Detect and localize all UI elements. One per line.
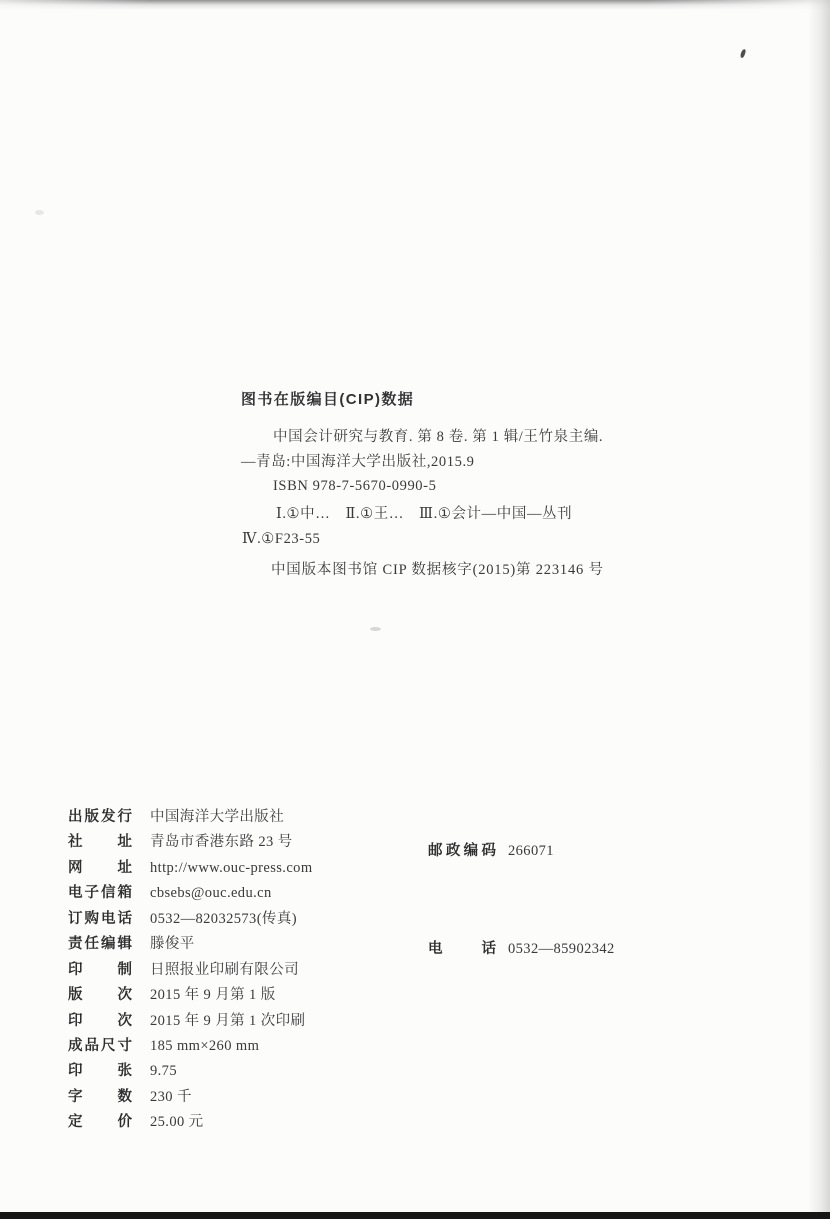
cip-isbn-line: ISBN 978-7-5670-0990-5 — [241, 474, 681, 499]
pub-row-phone: 电话 0532—85902342 — [428, 937, 615, 958]
cip-data-block: 图书在版编目(CIP)数据 中国会计研究与教育. 第 8 卷. 第 1 辑/王竹… — [241, 388, 681, 499]
pub-value: 0532—85902342 — [508, 941, 615, 958]
pub-label: 社址 — [68, 830, 132, 851]
pub-value: 266071 — [508, 843, 554, 860]
pub-value: 青岛市香港东路 23 号 — [150, 830, 293, 851]
pub-row-impression: 印次 2015 年 9 月第 1 次印刷 — [68, 1009, 468, 1034]
cip-classification-line-2: Ⅳ.①F23-55 — [242, 527, 682, 552]
pub-value: 185 mm×260 mm — [150, 1038, 259, 1055]
pub-value: 2015 年 9 月第 1 次印刷 — [150, 1009, 305, 1030]
pub-label: 字数 — [68, 1085, 132, 1106]
scan-edge-shadow-top — [0, 0, 830, 11]
pub-value: 中国海洋大学出版社 — [150, 805, 284, 826]
pub-row-publisher: 出版发行 中国海洋大学出版社 — [68, 805, 468, 830]
pub-label: 订购电话 — [68, 907, 132, 928]
pub-value: 2015 年 9 月第 1 版 — [150, 983, 276, 1004]
pub-value: 滕俊平 — [150, 932, 195, 953]
pub-value: 日照报业印刷有限公司 — [150, 958, 299, 979]
pub-row-order-phone: 订购电话 0532—82032573(传真) — [68, 907, 468, 932]
pub-row-website: 网址 http://www.ouc-press.com — [68, 856, 468, 881]
cip-publisher-line: —青岛:中国海洋大学出版社,2015.9 — [241, 450, 681, 475]
pub-row-word-count: 字数 230 千 — [68, 1085, 468, 1110]
pub-row-edition: 版次 2015 年 9 月第 1 版 — [68, 983, 468, 1008]
ink-speck — [35, 210, 44, 215]
scan-bottom-bar — [0, 1212, 830, 1219]
pub-row-postal-code: 邮政编码 266071 — [428, 839, 554, 860]
pub-value: 9.75 — [150, 1063, 177, 1080]
pub-label: 责任编辑 — [68, 932, 132, 953]
pub-value: 230 千 — [150, 1085, 192, 1106]
pub-label: 电话 — [428, 937, 496, 958]
cip-classification-block: Ⅰ.①中… Ⅱ.①王… Ⅲ.①会计—中国—丛刊 Ⅳ.①F23-55 — [242, 502, 682, 552]
pub-row-sheets: 印张 9.75 — [68, 1059, 468, 1084]
cip-record-number: 中国版本图书馆 CIP 数据核字(2015)第 223146 号 — [271, 558, 604, 579]
cip-heading: 图书在版编目(CIP)数据 — [241, 388, 681, 409]
pub-label: 邮政编码 — [428, 839, 496, 860]
pub-label: 电子信箱 — [68, 881, 132, 902]
pub-label: 出版发行 — [68, 805, 132, 826]
pub-value: 25.00 元 — [150, 1110, 204, 1131]
cip-title-line: 中国会计研究与教育. 第 8 卷. 第 1 辑/王竹泉主编. — [241, 425, 681, 450]
pub-value: 0532—82032573(传真) — [150, 907, 297, 928]
ink-speck — [740, 49, 747, 59]
cip-classification-line-1: Ⅰ.①中… Ⅱ.①王… Ⅲ.①会计—中国—丛刊 — [242, 502, 682, 527]
pub-label: 网址 — [68, 856, 132, 877]
ink-speck — [370, 627, 381, 631]
pub-value: http://www.ouc-press.com — [150, 860, 313, 877]
scan-edge-shadow-right — [808, 0, 830, 1219]
pub-label: 版次 — [68, 983, 132, 1004]
publication-info-block: 出版发行 中国海洋大学出版社 社址 青岛市香港东路 23 号 网址 http:/… — [68, 805, 468, 1136]
pub-row-email: 电子信箱 cbsebs@ouc.edu.cn — [68, 881, 468, 906]
pub-row-editor: 责任编辑 滕俊平 — [68, 932, 468, 957]
scanned-copyright-page: 图书在版编目(CIP)数据 中国会计研究与教育. 第 8 卷. 第 1 辑/王竹… — [0, 0, 830, 1219]
pub-row-printer: 印制 日照报业印刷有限公司 — [68, 958, 468, 983]
pub-label: 印制 — [68, 958, 132, 979]
pub-value: cbsebs@ouc.edu.cn — [150, 885, 272, 902]
pub-row-size: 成品尺寸 185 mm×260 mm — [68, 1034, 468, 1059]
pub-label: 印张 — [68, 1059, 132, 1080]
pub-row-price: 定价 25.00 元 — [68, 1110, 468, 1135]
pub-label: 定价 — [68, 1110, 132, 1131]
pub-label: 印次 — [68, 1009, 132, 1030]
pub-row-address: 社址 青岛市香港东路 23 号 — [68, 830, 468, 855]
pub-label: 成品尺寸 — [68, 1034, 132, 1055]
